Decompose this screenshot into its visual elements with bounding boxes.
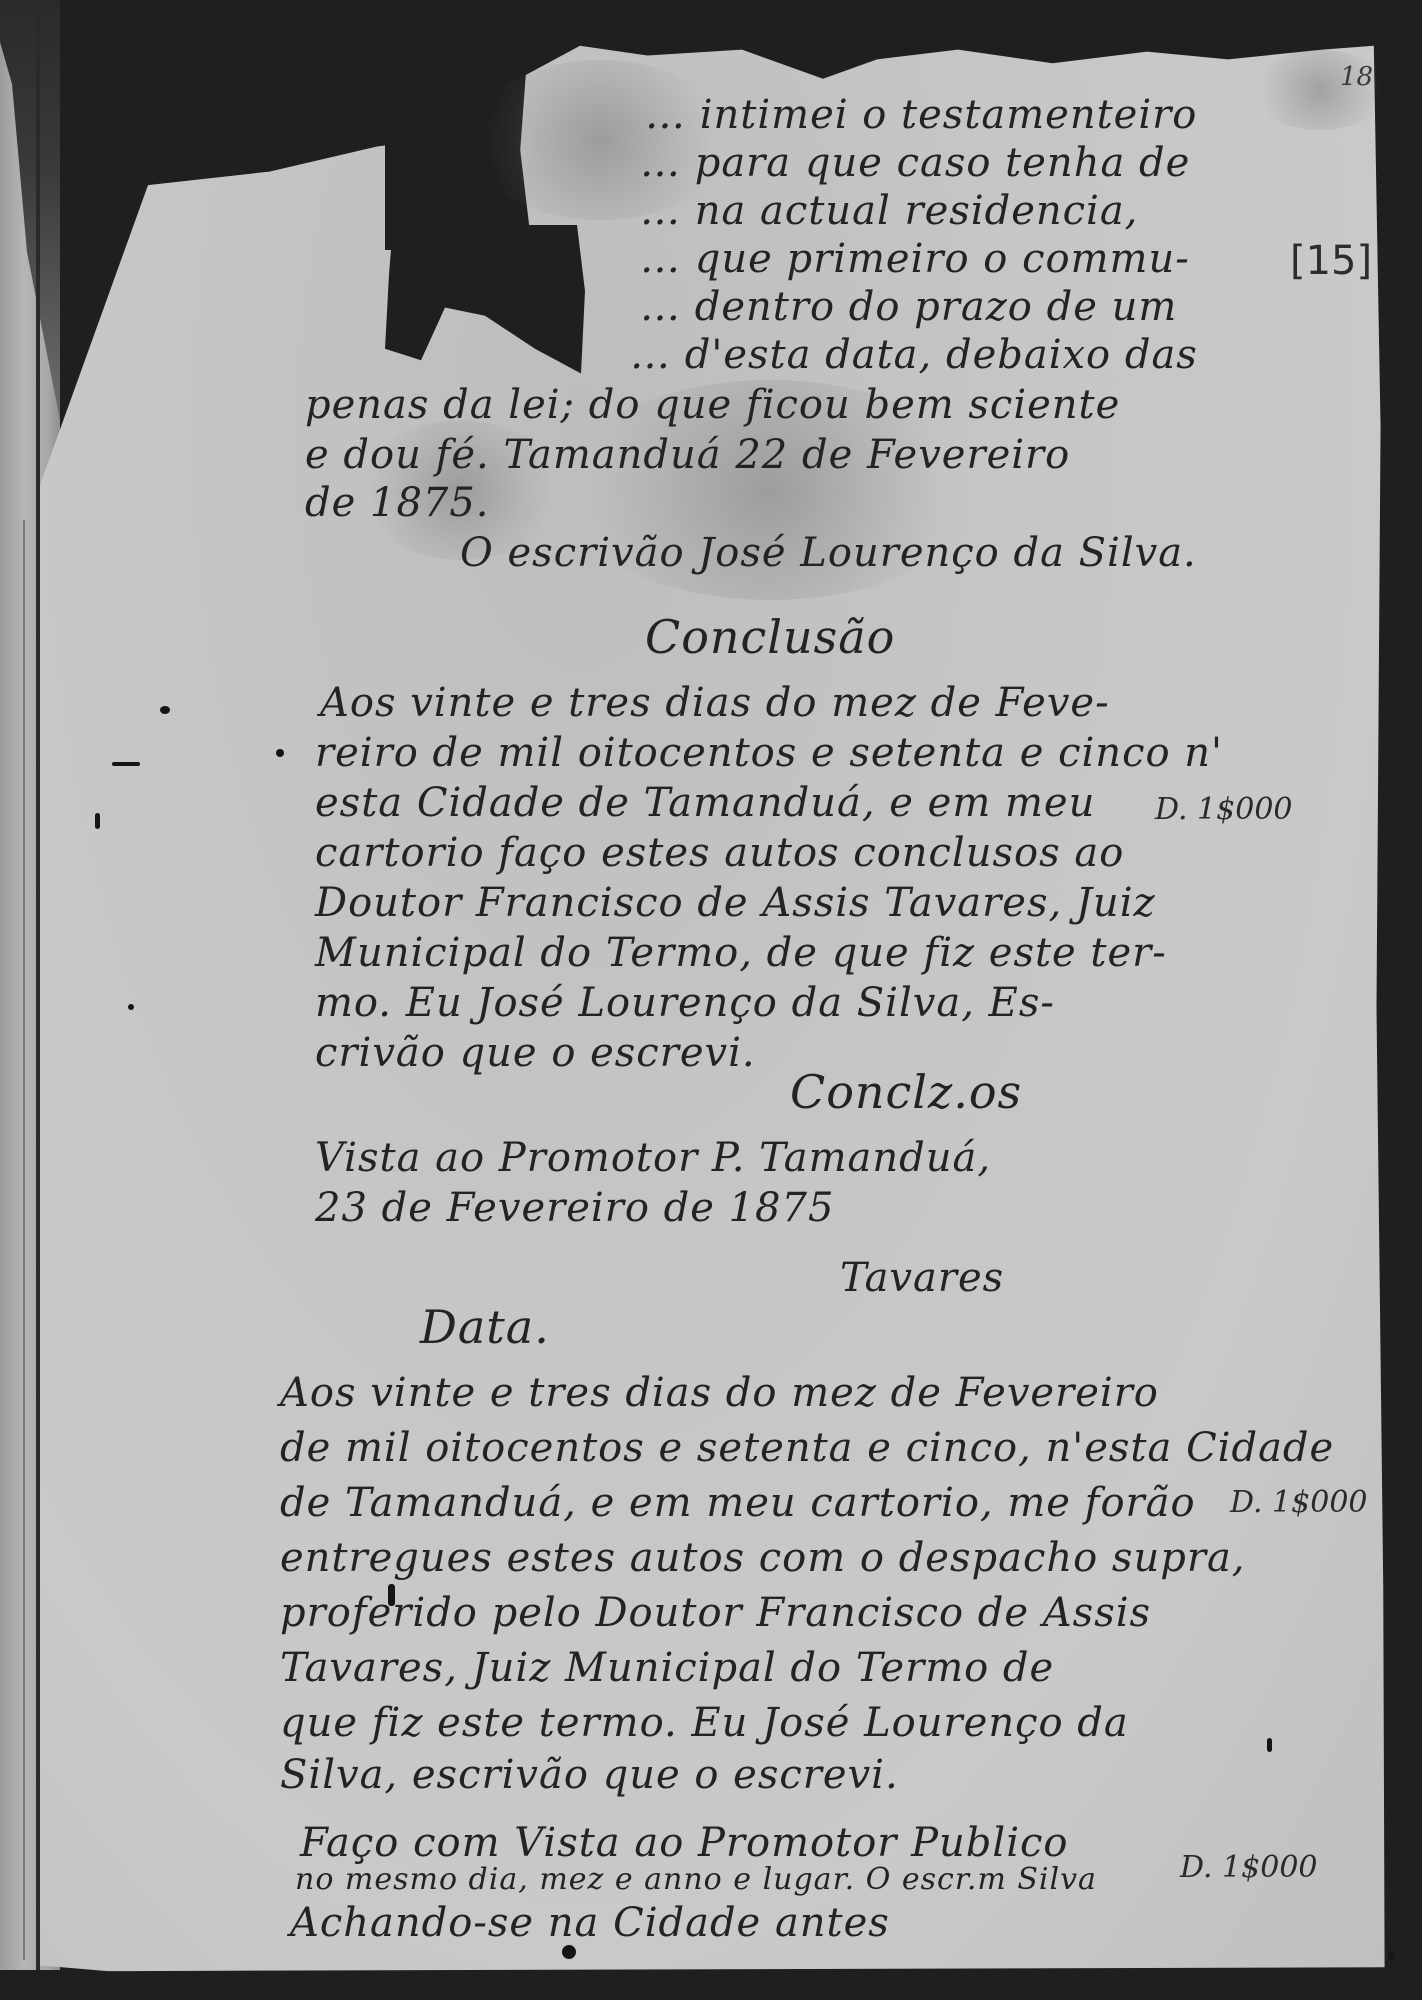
folio-number: [15] [1290, 238, 1372, 284]
text-line: Vista ao Promotor P. Tamanduá, [315, 1135, 991, 1181]
text-line: 23 de Fevereiro de 1875 [315, 1185, 834, 1231]
text-line: no mesmo dia, mez e anno e lugar. O escr… [295, 1862, 1097, 1897]
text-line: Faço com Vista ao Promotor Publico [300, 1820, 1068, 1866]
ink-blot [562, 1945, 576, 1959]
ink-blot [95, 813, 100, 829]
text-line: entregues estes autos com o despacho sup… [280, 1535, 1246, 1581]
text-line: Aos vinte e tres dias do mez de Fevereir… [280, 1370, 1159, 1416]
ink-blot [112, 762, 140, 766]
ink-blot [160, 706, 170, 714]
text-line: de 1875. [305, 480, 490, 526]
binding-crease [23, 520, 25, 1960]
text-line: e dou fé. Tamanduá 22 de Fevereiro [305, 432, 1070, 478]
ink-blot [128, 1004, 134, 1010]
ink-blot [1388, 1952, 1394, 1960]
section-heading: Conclusão [645, 610, 895, 664]
text-line: de mil oitocentos e setenta e cinco, n'e… [280, 1425, 1334, 1471]
text-line: Achando-se na Cidade antes [290, 1900, 890, 1946]
section-heading: Data. [420, 1300, 550, 1354]
section-heading: Conclz.os [790, 1065, 1022, 1119]
text-line: Aos vinte e tres dias do mez de Feve- [320, 680, 1110, 726]
ink-blot [1267, 1738, 1272, 1752]
text-line: … que primeiro o commu- [640, 236, 1190, 282]
text-line: mo. Eu José Lourenço da Silva, Es- [315, 980, 1055, 1026]
scribe-signature: O escrivão José Lourenço da Silva. [460, 530, 1197, 576]
margin-fee-note: D. 1$000 [1180, 1850, 1318, 1885]
text-line: cartorio faço estes autos conclusos ao [315, 830, 1124, 876]
text-line: … intimei o testamenteiro [645, 92, 1197, 138]
margin-fee-note: D. 1$000 [1230, 1485, 1368, 1520]
text-line: Municipal do Termo, de que fiz este ter- [315, 930, 1167, 976]
folio-number-top: 18 [1340, 62, 1373, 92]
text-line: crivão que o escrevi. [315, 1030, 756, 1076]
text-line: … d'esta data, debaixo das [630, 332, 1198, 378]
text-line: … para que caso tenha de [640, 140, 1190, 186]
text-line: de Tamanduá, e em meu cartorio, me forão [280, 1480, 1196, 1526]
text-line: proferido pelo Doutor Francisco de Assis [280, 1590, 1151, 1636]
binding-line [36, 0, 40, 1970]
ink-blot [276, 749, 284, 757]
text-line: reiro de mil oitocentos e setenta e cinc… [315, 730, 1223, 776]
text-line: … na actual residencia, [640, 188, 1138, 234]
judge-signature: Tavares [840, 1255, 1004, 1301]
text-line: esta Cidade de Tamanduá, e em meu [315, 780, 1095, 826]
text-line: Silva, escrivão que o escrevi. [280, 1752, 899, 1798]
text-line: Doutor Francisco de Assis Tavares, Juiz [315, 880, 1156, 926]
text-line: penas da lei; do que ficou bem sciente [305, 382, 1120, 428]
text-line: Tavares, Juiz Municipal do Termo de [280, 1645, 1054, 1691]
margin-fee-note: D. 1$000 [1155, 792, 1293, 827]
text-line: … dentro do prazo de um [640, 284, 1177, 330]
text-line: que fiz este termo. Eu José Lourenço da [280, 1700, 1129, 1746]
